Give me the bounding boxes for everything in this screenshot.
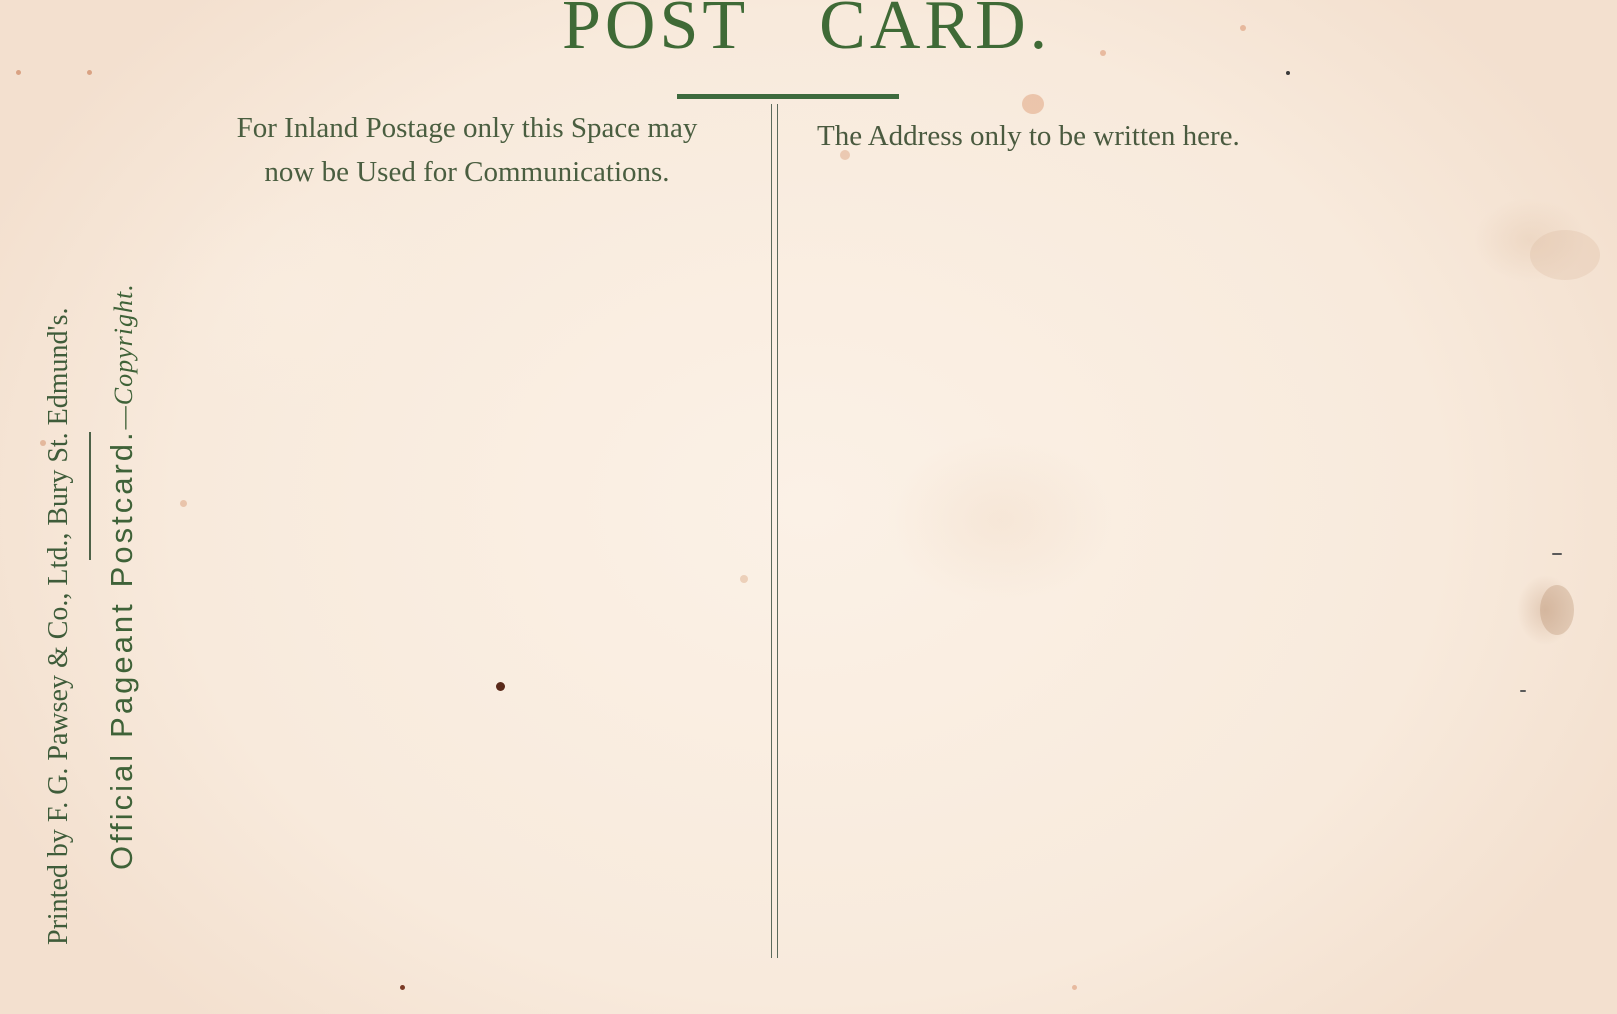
message-note-line-2: now be Used for Communications. [180,150,754,194]
copyright-label: —Copyright. [109,283,138,429]
side-rule [89,432,91,560]
ink-speck [400,985,405,990]
foxing-spot [40,440,46,446]
printer-credit: Printed by F. G. Pawsey & Co., Ltd., Bur… [43,308,75,946]
foxing-spot [87,70,92,75]
ink-speck [1286,71,1290,75]
ink-speck [1552,553,1562,555]
foxing-spot [1240,25,1246,31]
title-word-post: POST [562,0,749,64]
foxing-spot [1022,94,1044,114]
postcard-back: POSTCARD. For Inland Postage only this S… [0,0,1617,1014]
address-area-note: The Address only to be written here. [817,120,1240,153]
foxing-spot [1540,585,1574,635]
message-note-line-1: For Inland Postage only this Space may [180,106,754,150]
title-word-card: CARD. [819,0,1051,64]
postcard-title: POSTCARD. [562,0,1051,66]
foxing-spot [1072,985,1077,990]
center-divider-double-rule [771,104,778,958]
foxing-spot [16,70,21,75]
ink-speck [1520,690,1526,692]
ink-speck [496,682,505,691]
title-underline [677,94,899,99]
foxing-spot [1100,50,1106,56]
foxing-spot [740,575,748,583]
official-pageant-postcard-label: OfficialPageantPostcard. [104,429,139,870]
official-pageant-caption: OfficialPageantPostcard.—Copyright. [104,283,140,870]
foxing-spot [840,150,850,160]
foxing-spot [1530,230,1600,280]
foxing-spot [180,500,187,507]
message-area-note: For Inland Postage only this Space may n… [180,106,754,194]
